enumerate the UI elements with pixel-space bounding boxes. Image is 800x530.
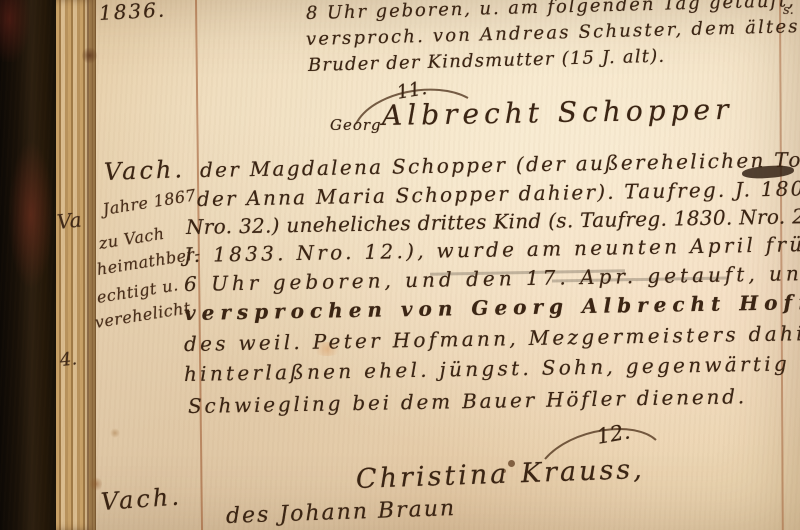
entry-12-name: Christina Krauss, bbox=[356, 456, 646, 493]
previous-entry-line: Bruder der Kindsmutter (15 J. alt). bbox=[308, 48, 666, 75]
page-edge-fragment: 4. bbox=[59, 350, 78, 370]
stain bbox=[110, 428, 120, 438]
entry-11-body-line: versprochen von Georg Albrecht Hofmann bbox=[184, 291, 800, 323]
year-label: 1836. bbox=[98, 0, 166, 23]
binding-corner-patch bbox=[0, 0, 30, 62]
entry-11-body-line: der Magdalena Schopper (der außerehelich… bbox=[200, 148, 800, 180]
binding-red-patch bbox=[8, 140, 54, 290]
entry-11-body-line: Schwiegling bei dem Bauer Höfler dienend… bbox=[188, 386, 747, 416]
entry-11-margin-note-line: Jahre 1867 bbox=[102, 187, 198, 218]
register-photo: 1836. Vach. Jahre 1867 zu Vach heimathbe… bbox=[0, 0, 800, 530]
entry-11-body-line: Nro. 32.) uneheliches drittes Kind (s. T… bbox=[186, 206, 800, 237]
entry-11-name-prefix: Georg bbox=[330, 118, 382, 133]
entry-12-number: 12. bbox=[595, 421, 632, 447]
entry-12-first-line: des Johann Braun bbox=[226, 498, 457, 528]
entry-11-body-line: J. 1833. Nro. 12.), wurde am neunten Apr… bbox=[184, 234, 800, 265]
entry-11-body-line: 6 Uhr geboren, und den 17. Apr. getauft,… bbox=[184, 263, 800, 294]
page-edge-fragment: Va bbox=[56, 209, 82, 231]
entry-11-body-line: hinterlaßnen ehel. jüngst. Sohn, gegenwä… bbox=[184, 353, 800, 384]
page-stack-edge bbox=[56, 0, 96, 530]
entry-12-margin-place: Vach. bbox=[100, 484, 182, 514]
entry-11-margin-place: Vach. bbox=[104, 157, 186, 184]
entry-11-body-line: des weil. Peter Hofmann, Mezgermeisters … bbox=[184, 323, 800, 354]
entry-11-body-line: der Anna Maria Schopper dahier). Taufreg… bbox=[197, 178, 800, 209]
entry-11-name: Albrecht Schopper bbox=[382, 96, 734, 130]
entry-11-margin-note-line: zu Vach bbox=[98, 226, 166, 252]
page-edge-rule-line bbox=[87, 0, 89, 530]
page-edge-rule-line-2 bbox=[92, 0, 93, 530]
